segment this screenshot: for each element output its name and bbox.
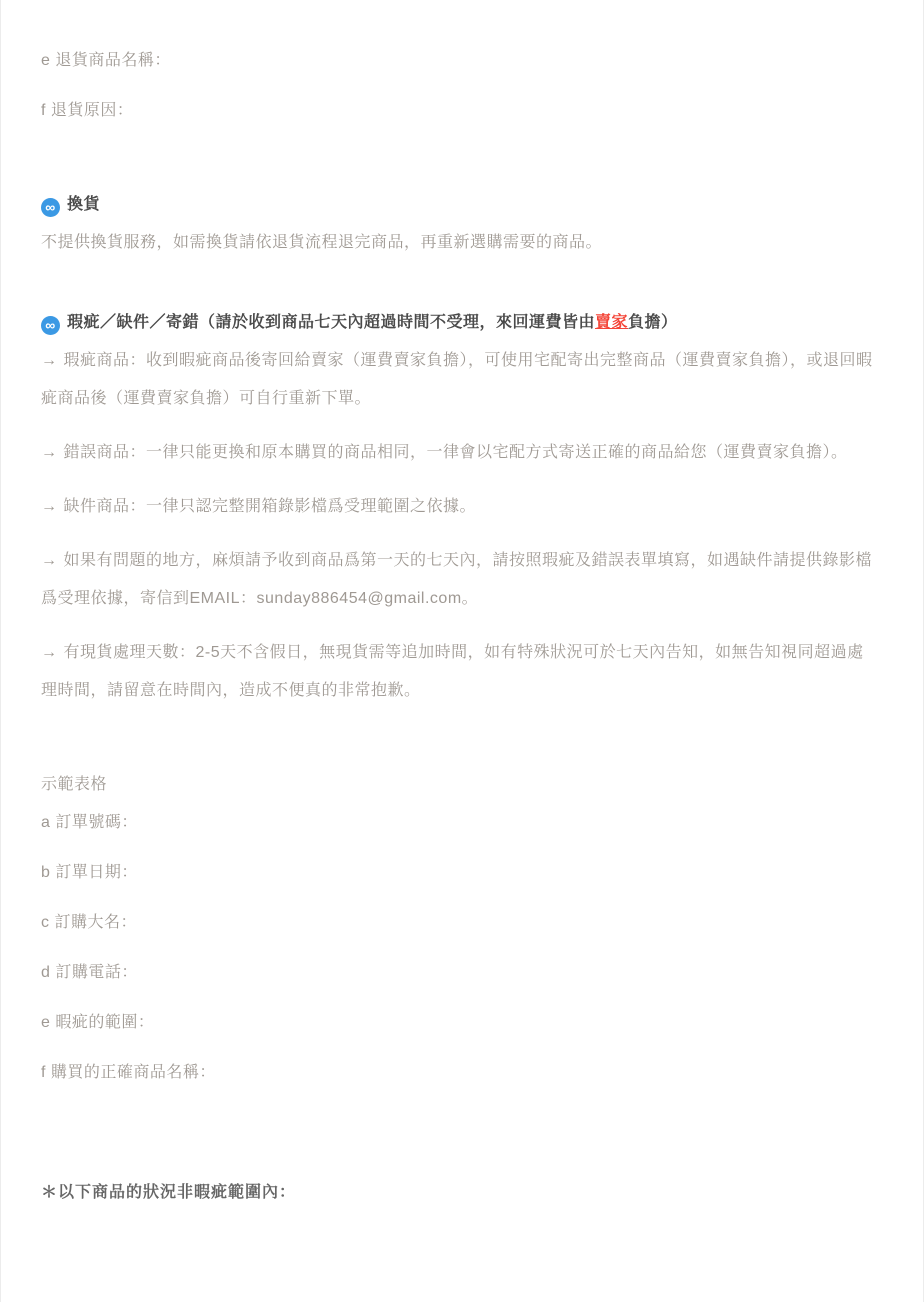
sample-field-buyer-name: c 訂購大名：: [41, 904, 877, 942]
defect-point-text: 有現貨處理天數：2-5天不含假日，無現貨需等追加時間，如有特殊狀況可於七天內告知…: [41, 644, 864, 699]
defect-title-highlight: 賣家: [595, 314, 628, 331]
infinity-icon: ∞: [41, 316, 60, 335]
defect-point-missing-part: →缺件商品：一律只認完整開箱錄影檔爲受理範圍之依據。: [41, 488, 877, 526]
defect-title-prefix: 瑕疵／缺件／寄錯（請於收到商品七天內超過時間不受理，來回運費皆由: [67, 314, 595, 331]
return-item-e: e 退貨商品名稱：: [41, 42, 877, 80]
defect-point-text: 缺件商品：一律只認完整開箱錄影檔爲受理範圍之依據。: [64, 498, 477, 515]
sample-field-buyer-phone: d 訂購電話：: [41, 954, 877, 992]
exchange-title: 換貨: [67, 196, 100, 213]
non-defect-scope-note: ＊以下商品的狀況非暇疵範圍內：: [41, 1174, 877, 1212]
infinity-icon: ∞: [41, 198, 60, 217]
section-defect-heading: ∞瑕疵／缺件／寄錯（請於收到商品七天內超過時間不受理，來回運費皆由賣家負擔）: [41, 310, 877, 336]
policy-content: e 退貨商品名稱： f 退貨原因： ∞換貨 不提供換貨服務，如需換貨請依退貨流程…: [1, 0, 923, 1212]
sample-field-defect-scope: e 暇疵的範圍：: [41, 1004, 877, 1042]
defect-point-processing-days: →有現貨處理天數：2-5天不含假日，無現貨需等追加時間，如有特殊狀況可於七天內告…: [41, 634, 877, 710]
spacer: [41, 274, 877, 310]
sample-field-order-number: a 訂單號碼：: [41, 804, 877, 842]
defect-point-contact-email: →如果有問題的地方，麻煩請予收到商品爲第一天的七天內，請按照瑕疵及錯誤表單填寫，…: [41, 542, 877, 618]
sample-form-title: 示範表格: [41, 766, 877, 804]
defect-point-text: 瑕疵商品：收到暇疵商品後寄回給賣家（運費賣家負擔），可使用宅配寄出完整商品（運費…: [41, 352, 873, 407]
defect-point-text: 錯誤商品：一律只能更換和原本購買的商品相同，一律會以宅配方式寄送正確的商品給您（…: [64, 444, 848, 461]
section-exchange-heading: ∞換貨: [41, 192, 877, 218]
defect-point-flawed: →瑕疵商品：收到暇疵商品後寄回給賣家（運費賣家負擔），可使用宅配寄出完整商品（運…: [41, 342, 877, 418]
return-item-f: f 退貨原因：: [41, 92, 877, 130]
spacer: [41, 1104, 877, 1174]
spacer: [41, 142, 877, 192]
exchange-body: 不提供換貨服務，如需換貨請依退貨流程退完商品，再重新選購需要的商品。: [41, 224, 877, 262]
sample-field-order-date: b 訂單日期：: [41, 854, 877, 892]
defect-point-text: 如果有問題的地方，麻煩請予收到商品爲第一天的七天內，請按照瑕疵及錯誤表單填寫，如…: [41, 552, 872, 607]
defect-point-wrong-item: →錯誤商品：一律只能更換和原本購買的商品相同，一律會以宅配方式寄送正確的商品給您…: [41, 434, 877, 472]
arrow-icon: →: [41, 444, 58, 461]
arrow-icon: →: [41, 498, 58, 515]
arrow-icon: →: [41, 644, 58, 661]
arrow-icon: →: [41, 552, 58, 569]
policy-page: e 退貨商品名稱： f 退貨原因： ∞換貨 不提供換貨服務，如需換貨請依退貨流程…: [0, 0, 924, 1302]
arrow-icon: →: [41, 352, 58, 369]
sample-field-correct-product-name: f 購買的正確商品名稱：: [41, 1054, 877, 1092]
defect-title-suffix: 負擔）: [628, 314, 678, 331]
spacer: [41, 726, 877, 766]
